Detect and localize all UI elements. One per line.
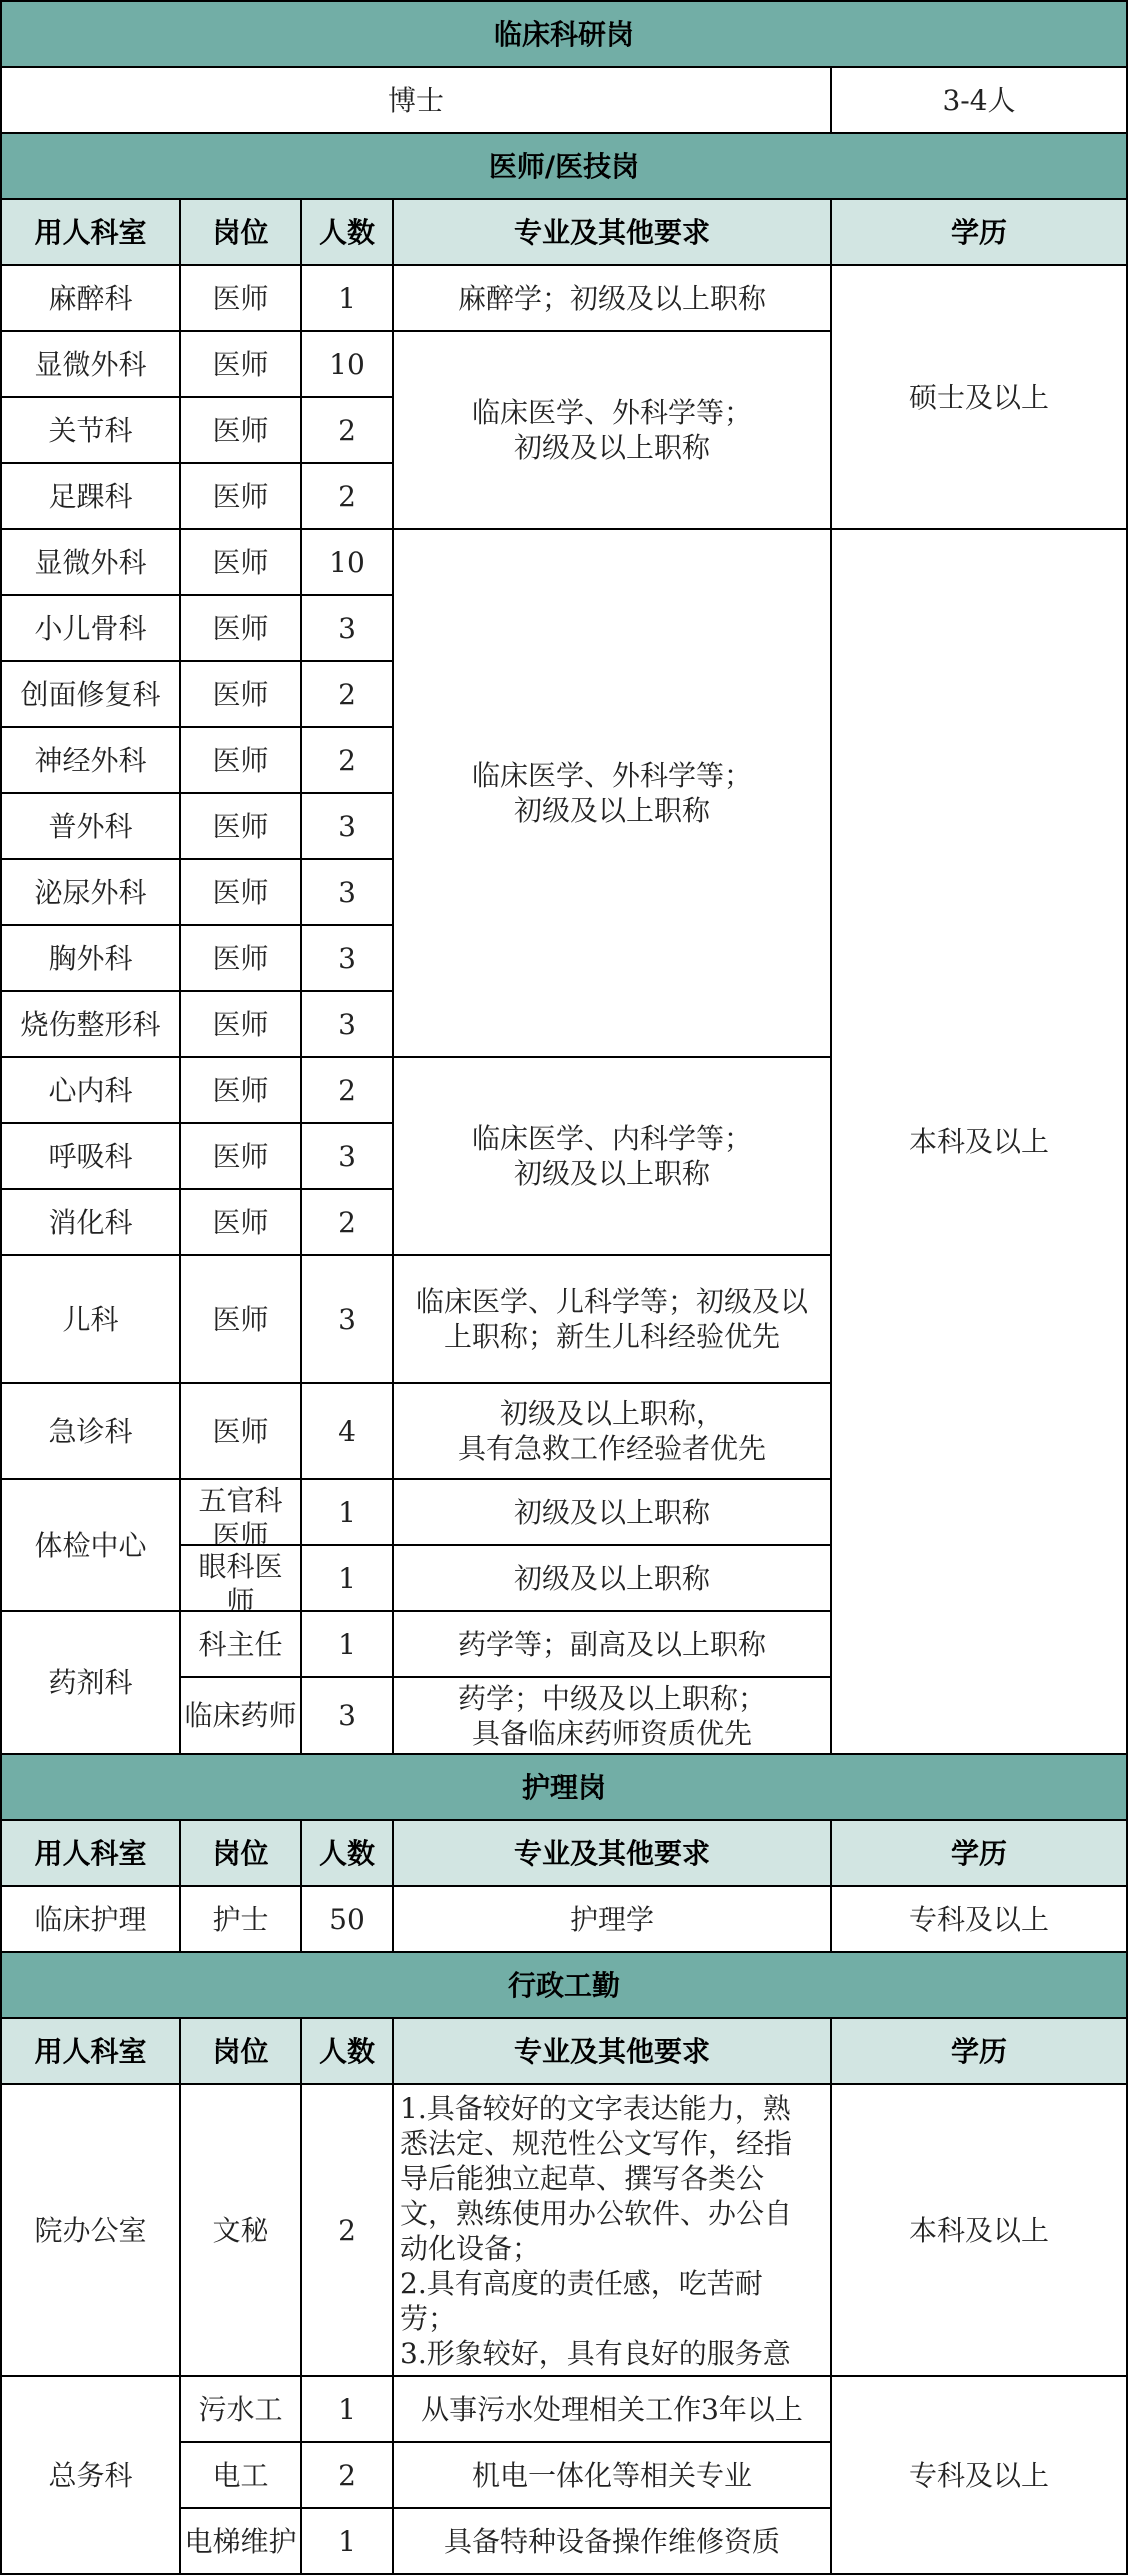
dept-cell: 足踝科 — [2, 464, 181, 530]
count-text: 1 — [338, 2392, 356, 2427]
position-text: 医师 — [212, 875, 268, 910]
column-header-dept: 用人科室 — [2, 200, 181, 266]
count-text: 2 — [338, 413, 356, 448]
count-text: 3 — [338, 1302, 356, 1337]
dept-cell: 院办公室 — [2, 2085, 181, 2377]
requirements-line: 劳； — [400, 2301, 456, 2336]
requirements-line: 临床医学、外科学等； — [472, 758, 752, 793]
position-cell: 文秘 — [181, 2085, 302, 2377]
count-cell: 3 — [302, 1256, 394, 1384]
header-label: 专业及其他要求 — [514, 1836, 710, 1871]
dept-cell: 小儿骨科 — [2, 596, 181, 662]
column-header-count: 人数 — [302, 1821, 394, 1887]
count-cell: 10 — [302, 530, 394, 596]
column-header-count: 人数 — [302, 200, 394, 266]
dept-text: 普外科 — [48, 809, 132, 844]
dept-text: 儿科 — [62, 1302, 118, 1337]
dept-text: 显微外科 — [34, 545, 146, 580]
column-header-dept: 用人科室 — [2, 1821, 181, 1887]
count-cell: 1 — [302, 2377, 394, 2443]
requirements-cell: 临床医学、儿科学等；初级及以 上职称；新生儿科经验优先 — [394, 1256, 832, 1384]
dept-cell-merged: 药剂科 — [2, 1612, 181, 1755]
header-label: 学历 — [951, 1836, 1007, 1871]
requirements-text: 护理学 — [570, 1902, 654, 1937]
dept-cell: 心内科 — [2, 1058, 181, 1124]
dept-cell: 创面修复科 — [2, 662, 181, 728]
requirements-line: 药学；中级及以上职称； — [458, 1681, 766, 1716]
header-label: 专业及其他要求 — [514, 2034, 710, 2069]
count-text: 2 — [338, 479, 356, 514]
column-header-requirements: 专业及其他要求 — [394, 200, 832, 266]
dept-text: 院办公室 — [34, 2213, 146, 2248]
dept-text: 显微外科 — [34, 347, 146, 382]
header-label: 人数 — [319, 1836, 375, 1871]
header-label: 用人科室 — [34, 215, 146, 250]
header-label: 用人科室 — [34, 2034, 146, 2069]
position-text: 文秘 — [212, 2213, 268, 2248]
position-cell: 医师 — [181, 926, 302, 992]
position-text: 医师 — [212, 677, 268, 712]
requirements-line: 初级及以上职称 — [514, 430, 710, 465]
dept-text: 足踝科 — [48, 479, 132, 514]
requirements-line: 临床医学、儿科学等；初级及以 — [416, 1284, 808, 1319]
position-cell: 眼科医师 — [181, 1546, 302, 1612]
position-cell: 医师 — [181, 530, 302, 596]
dept-text: 体检中心 — [34, 1528, 146, 1563]
dept-cell: 关节科 — [2, 398, 181, 464]
count-text: 10 — [329, 347, 365, 382]
position-cell: 医师 — [181, 1190, 302, 1256]
requirements-line: 导后能独立起草、撰写各类公 — [400, 2161, 764, 2196]
count-text: 3 — [338, 809, 356, 844]
education-cell: 专科及以上 — [832, 1887, 1128, 1953]
column-header-education: 学历 — [832, 200, 1128, 266]
requirements-cell: 机电一体化等相关专业 — [394, 2443, 832, 2509]
count-text: 4 — [338, 1414, 356, 1449]
position-text: 医师 — [212, 545, 268, 580]
requirements-line: 初级及以上职称 — [514, 1156, 710, 1191]
position-cell: 医师 — [181, 266, 302, 332]
requirements-line: 1.具备较好的文字表达能力，熟 — [400, 2091, 791, 2126]
position-cell: 科主任 — [181, 1612, 302, 1678]
requirements-line: 悉法定、规范性公文写作，经指 — [400, 2126, 792, 2161]
position-text: 护士 — [212, 1902, 268, 1937]
requirements-cell: 护理学 — [394, 1887, 832, 1953]
column-header-dept: 用人科室 — [2, 2019, 181, 2085]
position-cell: 医师 — [181, 1058, 302, 1124]
position-cell: 护士 — [181, 1887, 302, 1953]
position-cell: 医师 — [181, 464, 302, 530]
count-text: 1 — [338, 1495, 356, 1530]
dept-cell: 胸外科 — [2, 926, 181, 992]
position-text: 医师 — [212, 281, 268, 316]
section-header-clinical-research: 临床科研岗 — [2, 2, 1128, 68]
position-text: 医师 — [212, 743, 268, 778]
count-cell: 10 — [302, 332, 394, 398]
position-cell: 医师 — [181, 398, 302, 464]
requirements-line: 具有急救工作经验者优先 — [458, 1431, 766, 1466]
position-text: 医师 — [212, 611, 268, 646]
dept-cell: 显微外科 — [2, 530, 181, 596]
requirements-cell-merged: 临床医学、内科学等； 初级及以上职称 — [394, 1058, 832, 1256]
count-text: 3 — [338, 941, 356, 976]
header-label: 专业及其他要求 — [514, 215, 710, 250]
count-cell: 3-4人 — [832, 68, 1128, 134]
count-text: 10 — [329, 545, 365, 580]
count-cell: 3 — [302, 992, 394, 1058]
education-cell: 本科及以上 — [832, 2085, 1128, 2377]
count-text: 1 — [338, 2524, 356, 2559]
count-cell: 3 — [302, 926, 394, 992]
dept-cell: 呼吸科 — [2, 1124, 181, 1190]
position-cell: 医师 — [181, 596, 302, 662]
dept-cell: 麻醉科 — [2, 266, 181, 332]
requirements-line: 临床医学、内科学等； — [472, 1121, 752, 1156]
requirements-cell: 初级及以上职称 — [394, 1480, 832, 1546]
requirements-cell-merged: 临床医学、外科学等； 初级及以上职称 — [394, 332, 832, 530]
dept-text: 小儿骨科 — [34, 611, 146, 646]
count-text: 2 — [338, 2458, 356, 2493]
position-text: 医师 — [212, 1205, 268, 1240]
position-text: 科主任 — [198, 1627, 282, 1662]
position-cell: 污水工 — [181, 2377, 302, 2443]
dept-text: 关节科 — [48, 413, 132, 448]
count-text: 2 — [338, 743, 356, 778]
requirements-line: 初级及以上职称 — [514, 1495, 710, 1530]
requirements-cell-merged: 临床医学、外科学等； 初级及以上职称 — [394, 530, 832, 1058]
count-text: 50 — [329, 1902, 365, 1937]
requirements-line: 药学等；副高及以上职称 — [458, 1627, 766, 1662]
section-header-physician: 医师/医技岗 — [2, 134, 1128, 200]
dept-text: 烧伤整形科 — [20, 1007, 160, 1042]
column-header-requirements: 专业及其他要求 — [394, 2019, 832, 2085]
dept-cell-merged: 体检中心 — [2, 1480, 181, 1612]
requirements-line: 初级及以上职称 — [514, 1561, 710, 1596]
count-cell: 2 — [302, 464, 394, 530]
requirements-cell: 1.具备较好的文字表达能力，熟 悉法定、规范性公文写作，经指 导后能独立起草、撰… — [394, 2085, 832, 2377]
count-text: 2 — [338, 2213, 356, 2248]
count-text: 3-4人 — [942, 83, 1015, 118]
dept-text: 药剂科 — [48, 1665, 132, 1700]
requirements-cell: 初级及以上职称， 具有急救工作经验者优先 — [394, 1384, 832, 1480]
position-cell: 医师 — [181, 728, 302, 794]
count-cell: 2 — [302, 2085, 394, 2377]
education-text: 硕士及以上 — [909, 380, 1049, 415]
count-text: 1 — [338, 1627, 356, 1662]
requirements-line: 2.具有高度的责任感，吃苦耐 — [400, 2266, 763, 2301]
position-text: 医师 — [212, 1073, 268, 1108]
count-cell: 1 — [302, 266, 394, 332]
count-cell: 1 — [302, 1612, 394, 1678]
count-cell: 3 — [302, 1124, 394, 1190]
count-text: 2 — [338, 1073, 356, 1108]
dept-text: 心内科 — [48, 1073, 132, 1108]
dept-cell: 普外科 — [2, 794, 181, 860]
requirements-cell: 药学等；副高及以上职称 — [394, 1612, 832, 1678]
requirements-line: 初级及以上职称， — [500, 1396, 724, 1431]
count-cell: 2 — [302, 398, 394, 464]
position-cell: 医师 — [181, 1384, 302, 1480]
count-text: 3 — [338, 1139, 356, 1174]
dept-text: 胸外科 — [48, 941, 132, 976]
position-cell: 电梯维护 — [181, 2509, 302, 2575]
position-cell: 医师 — [181, 662, 302, 728]
count-cell: 2 — [302, 728, 394, 794]
position-text: 眼科医师 — [197, 1549, 285, 1612]
position-text: 电工 — [212, 2458, 268, 2493]
recruitment-table: 临床科研岗 博士 3-4人 医师/医技岗 用人科室 岗位 人数 专业及其他要求 … — [0, 0, 1128, 2575]
position-text: 医师 — [212, 1414, 268, 1449]
requirements-line: 初级及以上职称 — [514, 793, 710, 828]
position-cell: 医师 — [181, 992, 302, 1058]
dept-text: 麻醉科 — [48, 281, 132, 316]
section-title: 护理岗 — [522, 1770, 606, 1805]
dept-cell: 儿科 — [2, 1256, 181, 1384]
dept-cell-merged: 总务科 — [2, 2377, 181, 2575]
education-text: 专科及以上 — [909, 1902, 1049, 1937]
position-text: 医师 — [212, 1007, 268, 1042]
count-text: 2 — [338, 677, 356, 712]
count-cell: 1 — [302, 1480, 394, 1546]
requirements-cell: 药学；中级及以上职称； 具备临床药师资质优先 — [394, 1678, 832, 1755]
position-text: 医师 — [212, 941, 268, 976]
dept-text: 呼吸科 — [48, 1139, 132, 1174]
count-cell: 1 — [302, 2509, 394, 2575]
header-label: 岗位 — [212, 215, 268, 250]
header-label: 岗位 — [212, 1836, 268, 1871]
count-cell: 2 — [302, 1190, 394, 1256]
requirements-text: 从事污水处理相关工作3年以上 — [421, 2392, 803, 2427]
count-cell: 3 — [302, 1678, 394, 1755]
position-cell: 五官科医师 — [181, 1480, 302, 1546]
count-cell: 1 — [302, 1546, 394, 1612]
dept-text: 急诊科 — [48, 1414, 132, 1449]
count-text: 3 — [338, 875, 356, 910]
position-text: 医师 — [212, 809, 268, 844]
position-text: 医师 — [212, 347, 268, 382]
section-title: 临床科研岗 — [494, 17, 634, 52]
dept-cell: 消化科 — [2, 1190, 181, 1256]
position-text: 五官科医师 — [197, 1483, 285, 1546]
dept-text: 泌尿外科 — [34, 875, 146, 910]
header-label: 岗位 — [212, 2034, 268, 2069]
count-cell: 3 — [302, 794, 394, 860]
education-cell-merged: 本科及以上 — [832, 530, 1128, 1755]
requirements-cell: 麻醉学；初级及以上职称 — [394, 266, 832, 332]
dept-cell: 烧伤整形科 — [2, 992, 181, 1058]
count-text: 1 — [338, 1561, 356, 1596]
requirements-line: 文，熟练使用办公软件、办公自 — [400, 2196, 792, 2231]
column-header-position: 岗位 — [181, 2019, 302, 2085]
count-cell: 3 — [302, 596, 394, 662]
header-label: 人数 — [319, 2034, 375, 2069]
position-cell: 医师 — [181, 1124, 302, 1190]
requirements-line: 3.形象较好，具有良好的服务意 — [400, 2336, 791, 2371]
dept-cell: 神经外科 — [2, 728, 181, 794]
column-header-count: 人数 — [302, 2019, 394, 2085]
position-text: 电梯维护 — [184, 2524, 296, 2559]
position-text: 医师 — [212, 413, 268, 448]
count-text: 2 — [338, 1205, 356, 1240]
education-cell-merged: 专科及以上 — [832, 2377, 1128, 2575]
header-label: 用人科室 — [34, 1836, 146, 1871]
position-cell: 医师 — [181, 794, 302, 860]
position-text: 医师 — [212, 1302, 268, 1337]
dept-cell: 泌尿外科 — [2, 860, 181, 926]
dept-text: 神经外科 — [34, 743, 146, 778]
count-text: 3 — [338, 611, 356, 646]
dept-cell: 急诊科 — [2, 1384, 181, 1480]
requirements-line: 具备临床药师资质优先 — [472, 1716, 752, 1751]
section-title: 行政工勤 — [508, 1968, 620, 2003]
degree-cell: 博士 — [2, 68, 832, 134]
count-text: 1 — [338, 281, 356, 316]
count-cell: 3 — [302, 860, 394, 926]
dept-text: 消化科 — [48, 1205, 132, 1240]
position-text: 污水工 — [198, 2392, 282, 2427]
requirements-cell: 初级及以上职称 — [394, 1546, 832, 1612]
requirements-line: 临床医学、外科学等； — [472, 395, 752, 430]
count-cell: 2 — [302, 2443, 394, 2509]
requirements-line: 麻醉学；初级及以上职称 — [458, 281, 766, 316]
requirements-line: 上职称；新生儿科经验优先 — [444, 1319, 780, 1354]
position-cell: 医师 — [181, 1256, 302, 1384]
dept-cell: 显微外科 — [2, 332, 181, 398]
requirements-text: 机电一体化等相关专业 — [472, 2458, 752, 2493]
column-header-education: 学历 — [832, 1821, 1128, 1887]
section-title: 医师/医技岗 — [489, 149, 639, 184]
column-header-position: 岗位 — [181, 1821, 302, 1887]
dept-text: 临床护理 — [34, 1902, 146, 1937]
education-text: 本科及以上 — [909, 2213, 1049, 2248]
header-label: 人数 — [319, 215, 375, 250]
education-cell-merged: 硕士及以上 — [832, 266, 1128, 530]
education-text: 专科及以上 — [909, 2458, 1049, 2493]
count-cell: 4 — [302, 1384, 394, 1480]
degree-text: 博士 — [388, 83, 444, 118]
position-cell: 医师 — [181, 860, 302, 926]
dept-text: 创面修复科 — [20, 677, 160, 712]
count-text: 3 — [338, 1007, 356, 1042]
section-header-nursing: 护理岗 — [2, 1755, 1128, 1821]
position-cell: 临床药师 — [181, 1678, 302, 1755]
header-label: 学历 — [951, 215, 1007, 250]
column-header-position: 岗位 — [181, 200, 302, 266]
position-text: 医师 — [212, 1139, 268, 1174]
column-header-requirements: 专业及其他要求 — [394, 1821, 832, 1887]
requirements-text: 具备特种设备操作维修资质 — [444, 2524, 780, 2559]
position-cell: 电工 — [181, 2443, 302, 2509]
position-cell: 医师 — [181, 332, 302, 398]
count-cell: 2 — [302, 662, 394, 728]
column-header-education: 学历 — [832, 2019, 1128, 2085]
requirements-cell: 从事污水处理相关工作3年以上 — [394, 2377, 832, 2443]
requirements-line: 动化设备； — [400, 2231, 540, 2266]
count-cell: 50 — [302, 1887, 394, 1953]
position-text: 临床药师 — [184, 1698, 296, 1733]
position-text: 医师 — [212, 479, 268, 514]
dept-text: 总务科 — [48, 2458, 132, 2493]
education-text: 本科及以上 — [909, 1124, 1049, 1159]
header-label: 学历 — [951, 2034, 1007, 2069]
dept-cell: 临床护理 — [2, 1887, 181, 1953]
requirements-cell: 具备特种设备操作维修资质 — [394, 2509, 832, 2575]
section-header-admin: 行政工勤 — [2, 1953, 1128, 2019]
count-cell: 2 — [302, 1058, 394, 1124]
count-text: 3 — [338, 1698, 356, 1733]
